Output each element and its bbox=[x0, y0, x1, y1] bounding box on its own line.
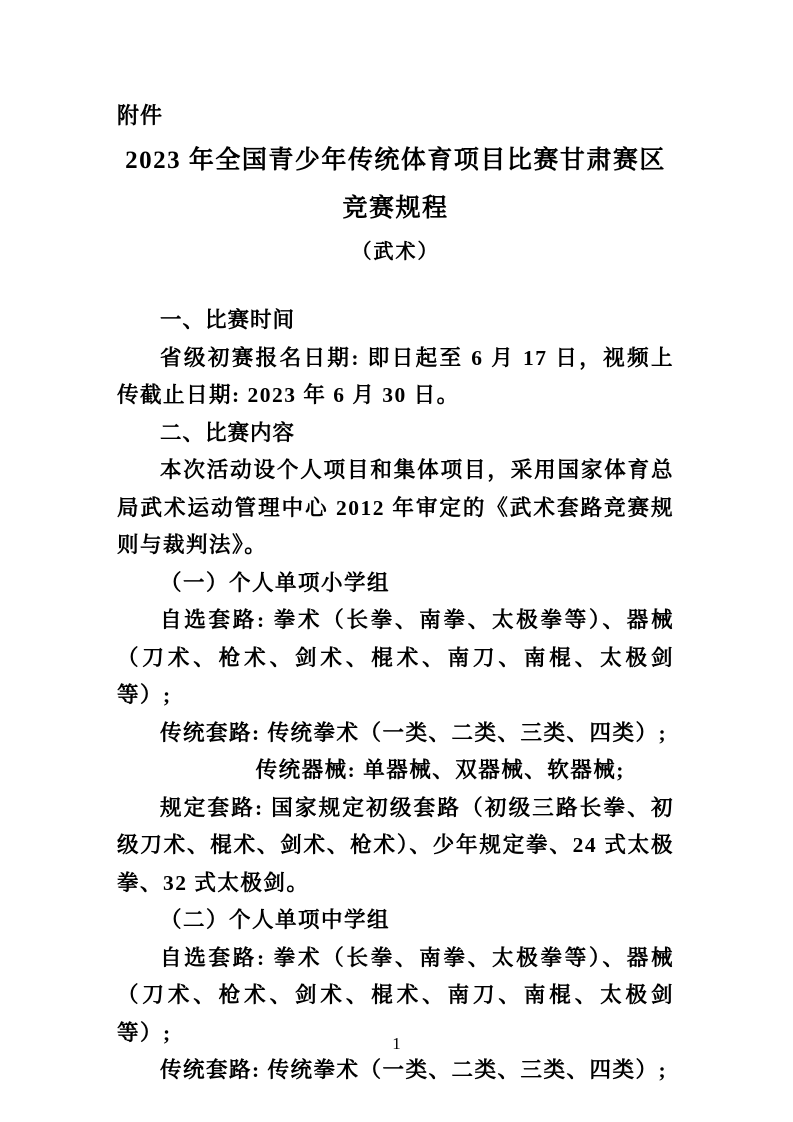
attachment-label: 附件 bbox=[117, 96, 674, 136]
paragraph-optional-routines-primary: 自选套路: 拳术（长拳、南拳、太极拳等）、器械（刀术、枪术、剑术、棍术、南刀、南… bbox=[117, 602, 674, 715]
paragraph-traditional-apparatus-primary: 传统器械: 单器械、双器械、软器械; bbox=[117, 752, 674, 790]
section-heading-competition-content: 二、比赛内容 bbox=[117, 415, 674, 453]
document-title-line1: 2023 年全国青少年传统体育项目比赛甘肃赛区 bbox=[117, 138, 674, 184]
document-subtitle: （武术） bbox=[117, 232, 674, 272]
document-title-line2: 竞赛规程 bbox=[117, 186, 674, 232]
document-body: 一、比赛时间 省级初赛报名日期: 即日起至 6 月 17 日，视频上传截止日期:… bbox=[117, 302, 674, 1090]
subheading-individual-primary-school-group: （一）个人单项小学组 bbox=[117, 565, 674, 603]
paragraph-traditional-routines-middle: 传统套路: 传统拳术（一类、二类、三类、四类）; bbox=[117, 1052, 674, 1090]
paragraph-prescribed-routines-primary: 规定套路: 国家规定初级套路（初级三路长拳、初级刀术、棍术、剑术、枪术）、少年规… bbox=[117, 790, 674, 903]
page-number: 1 bbox=[0, 1034, 793, 1054]
document-page: 附件 2023 年全国青少年传统体育项目比赛甘肃赛区 竞赛规程 （武术） 一、比… bbox=[0, 0, 793, 1122]
paragraph-competition-overview: 本次活动设个人项目和集体项目，采用国家体育总局武术运动管理中心 2012 年审定… bbox=[117, 452, 674, 565]
subheading-individual-middle-school-group: （二）个人单项中学组 bbox=[117, 902, 674, 940]
paragraph-registration-deadline: 省级初赛报名日期: 即日起至 6 月 17 日，视频上传截止日期: 2023 年… bbox=[117, 340, 674, 415]
paragraph-traditional-routines-primary: 传统套路: 传统拳术（一类、二类、三类、四类）; bbox=[117, 715, 674, 753]
section-heading-competition-time: 一、比赛时间 bbox=[117, 302, 674, 340]
